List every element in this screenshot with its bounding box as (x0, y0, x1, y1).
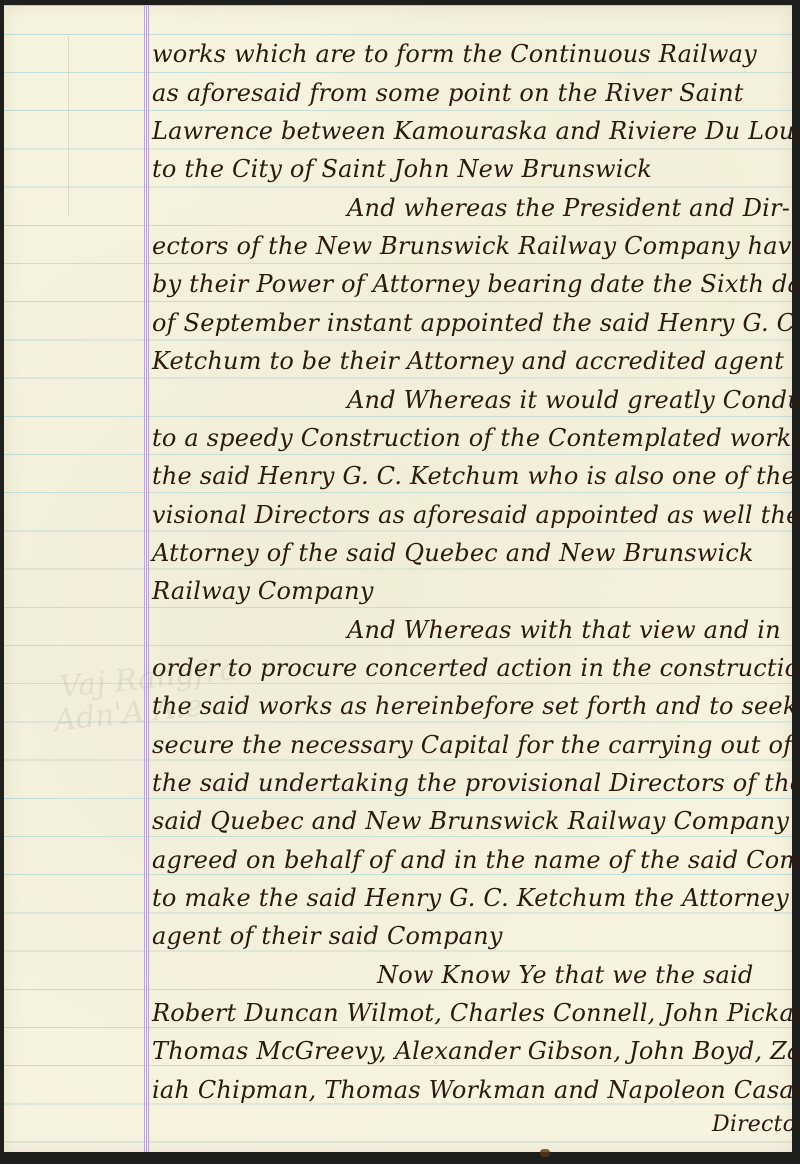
text-line: Thomas McGreevy, Alexander Gibson, John … (152, 1037, 800, 1065)
text-line: of September instant appointed the said … (152, 309, 800, 337)
text-line: Railway Company (152, 577, 374, 605)
text-line: Robert Duncan Wilmot, Charles Connell, J… (152, 999, 800, 1027)
ruled-paper-page: Vaj Rangfra Adn'A A.e works which are to… (4, 5, 792, 1152)
text-line: Now Know Ye that we the said (377, 961, 753, 989)
text-line: Ketchum to be their Attorney and accredi… (152, 347, 784, 375)
text-line: And Whereas it would greatly Conduce (347, 386, 800, 414)
text-line: And whereas the President and Dir- (347, 194, 790, 222)
ink-stain (540, 1149, 550, 1157)
text-line: said Quebec and New Brunswick Railway Co… (152, 807, 800, 835)
text-line: Attorney of the said Quebec and New Brun… (152, 539, 754, 567)
text-line: ectors of the New Brunswick Railway Comp… (152, 232, 800, 260)
text-line: to make the said Henry G. C. Ketchum the… (152, 884, 800, 912)
closing-word-directors: Directors (712, 1112, 800, 1137)
text-line: as aforesaid from some point on the Rive… (152, 79, 744, 107)
text-line: the said works as hereinbefore set forth… (152, 692, 800, 720)
text-line: iah Chipman, Thomas Workman and Napoleon… (152, 1076, 800, 1104)
paper-fold-crease (68, 36, 69, 216)
text-line: secure the necessary Capital for the car… (152, 731, 792, 759)
text-line: to the City of Saint John New Brunswick (152, 155, 652, 183)
text-line: by their Power of Attorney bearing date … (152, 270, 800, 298)
text-line: And Whereas with that view and in (347, 616, 781, 644)
text-line: agent of their said Company (152, 922, 503, 950)
text-line: order to procure concerted action in the… (152, 654, 800, 682)
document-scan: Vaj Rangfra Adn'A A.e works which are to… (0, 0, 800, 1164)
text-line: works which are to form the Continuous R… (152, 40, 757, 68)
text-line: to a speedy Construction of the Contempl… (152, 424, 800, 452)
text-line: the said Henry G. C. Ketchum who is also… (152, 462, 800, 490)
margin-rule-line (144, 6, 150, 1152)
text-line: Lawrence between Kamouraska and Riviere … (152, 117, 800, 145)
text-line: agreed on behalf of and in the name of t… (152, 846, 800, 874)
text-line: visional Directors as aforesaid appointe… (152, 501, 800, 529)
text-line: the said undertaking the provisional Dir… (152, 769, 800, 797)
